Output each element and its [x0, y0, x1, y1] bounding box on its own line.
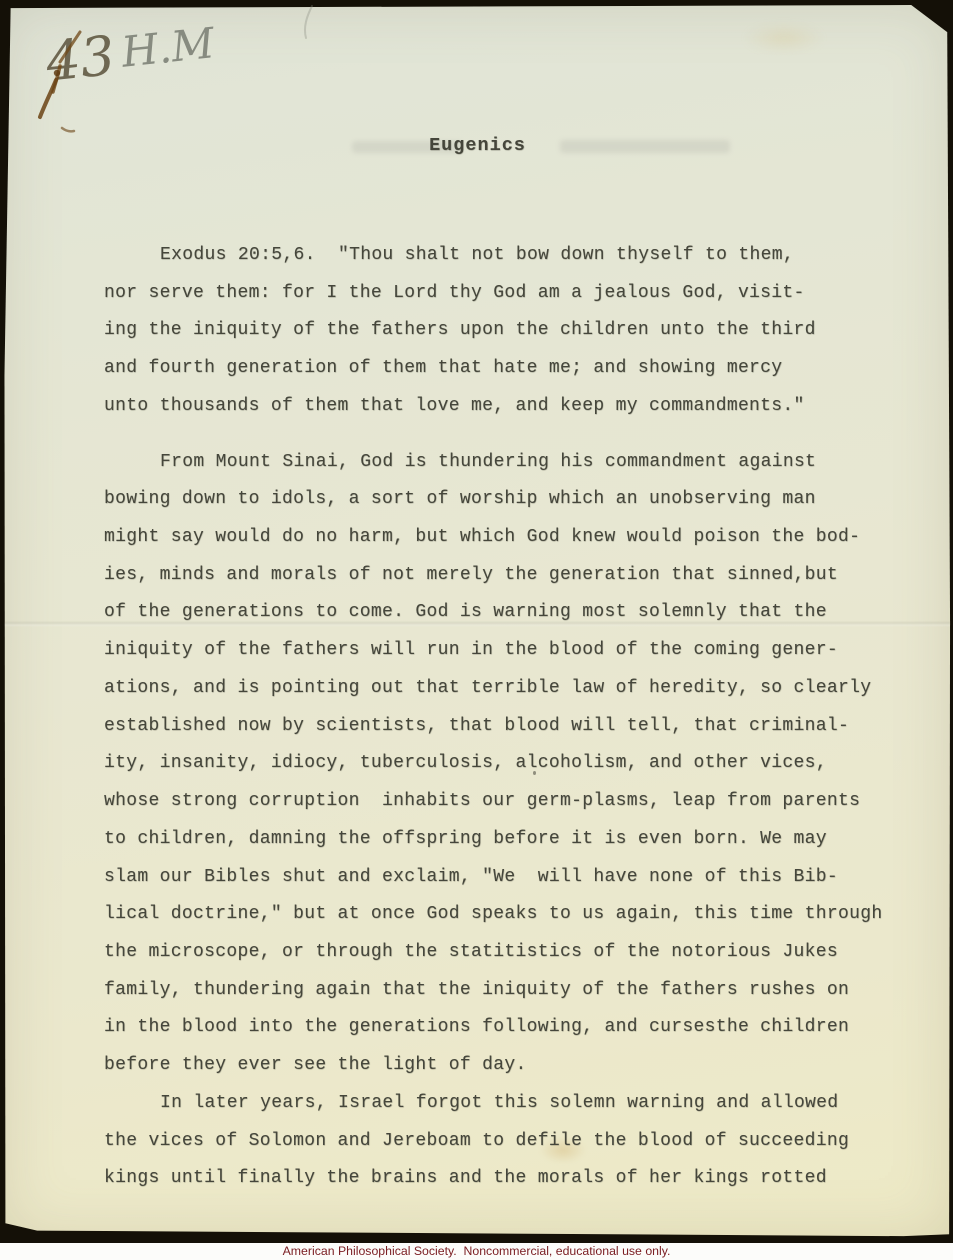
typed-line: In later years, Israel forgot this solem… [104, 1085, 924, 1123]
paper-stain [744, 23, 824, 53]
typed-line: before they ever see the light of day. [104, 1047, 924, 1085]
typed-line: and fourth generation of them that hate … [104, 350, 924, 388]
typed-line: ity, insanity, idiocy, tuberculosis, alc… [104, 745, 924, 783]
typed-line: nor serve them: for I the Lord thy God a… [104, 275, 924, 313]
typed-line: From Mount Sinai, God is thundering his … [104, 444, 924, 482]
typed-line: in the blood into the generations follow… [104, 1009, 924, 1047]
typed-line: ations, and is pointing out that terribl… [104, 670, 924, 708]
scanned-document-page: { "annotations": { "page_number": "43", … [0, 0, 953, 1260]
typed-line: iniquity of the fathers will run in the … [104, 632, 924, 670]
typed-line: Exodus 20:5,6. "Thou shalt not bow down … [104, 237, 924, 275]
credit-text: American Philosophical Society. Noncomme… [0, 1243, 953, 1260]
typed-line: established now by scientists, that bloo… [104, 708, 924, 746]
document-body: Exodus 20:5,6. "Thou shalt not bow down … [104, 237, 924, 1198]
document-title: Eugenics [4, 135, 951, 156]
typed-line: ies, minds and morals of not merely the … [104, 557, 924, 595]
typed-line: slam our Bibles shut and exclaim, "We wi… [104, 859, 924, 897]
typed-line: the vices of Solomon and Jereboam to def… [104, 1123, 924, 1161]
typed-line: kings until finally the brains and the m… [104, 1160, 924, 1198]
typed-line: family, thundering again that the iniqui… [104, 972, 924, 1010]
paragraph-exodus-quote: Exodus 20:5,6. "Thou shalt not bow down … [104, 237, 924, 426]
typed-line: to children, damning the offspring befor… [104, 821, 924, 859]
typed-line: bowing down to idols, a sort of worship … [104, 481, 924, 519]
typed-line: ing the iniquity of the fathers upon the… [104, 312, 924, 350]
typed-line: of the generations to come. God is warni… [104, 594, 924, 632]
paper-sheet: Eugenics Exodus 20:5,6. "Thou shalt not … [4, 5, 951, 1238]
paragraph-later-years: In later years, Israel forgot this solem… [104, 1085, 924, 1198]
typed-line: whose strong corruption inhabits our ger… [104, 783, 924, 821]
paragraph-mount-sinai: From Mount Sinai, God is thundering his … [104, 444, 924, 1085]
typed-line: unto thousands of them that love me, and… [104, 388, 924, 426]
typed-line: lical doctrine," but at once God speaks … [104, 896, 924, 934]
typed-line: the microscope, or through the statitist… [104, 934, 924, 972]
credit-strip: American Philosophical Society. Noncomme… [0, 1243, 953, 1260]
typed-line: might say would do no harm, but which Go… [104, 519, 924, 557]
